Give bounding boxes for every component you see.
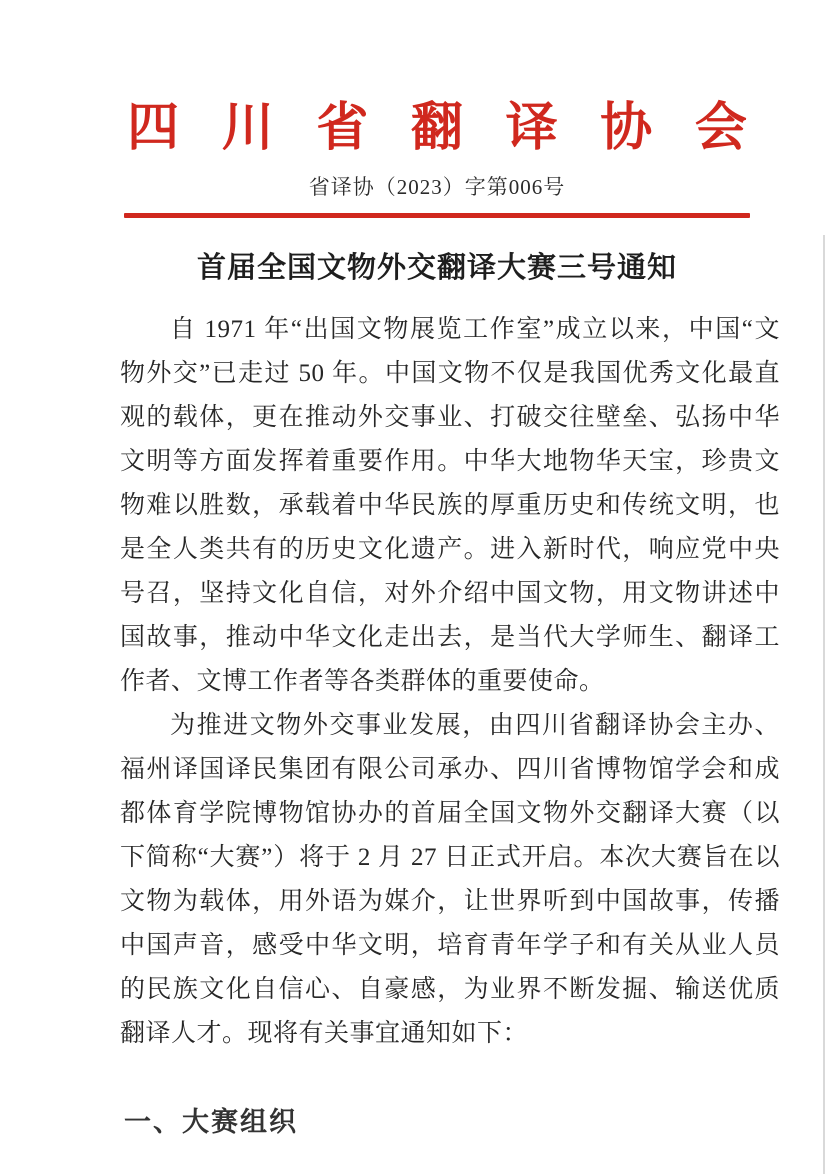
notice-body: 自 1971 年“出国文物展览工作室”成立以来，中国“文物外交”已走过 50 年… <box>120 308 780 1056</box>
organization-name: 四川省翻译协会 <box>124 0 793 157</box>
body-paragraph-1: 自 1971 年“出国文物展览工作室”成立以来，中国“文物外交”已走过 50 年… <box>120 308 780 704</box>
section-heading-competition-organization: 一、大赛组织 <box>124 1106 780 1138</box>
document-reference-number: 省译协（2023）字第006号 <box>124 177 750 198</box>
notice-title: 首届全国文物外交翻译大赛三号通知 <box>124 250 750 286</box>
scanned-page-edge <box>823 235 825 1174</box>
letterhead-red-rule <box>124 213 750 218</box>
letterhead: 四川省翻译协会 省译协（2023）字第006号 <box>124 0 750 218</box>
body-paragraph-2: 为推进文物外交事业发展，由四川省翻译协会主办、福州译国译民集团有限公司承办、四川… <box>120 704 780 1056</box>
notice-document-page: 四川省翻译协会 省译协（2023）字第006号 首届全国文物外交翻译大赛三号通知… <box>0 0 830 1174</box>
